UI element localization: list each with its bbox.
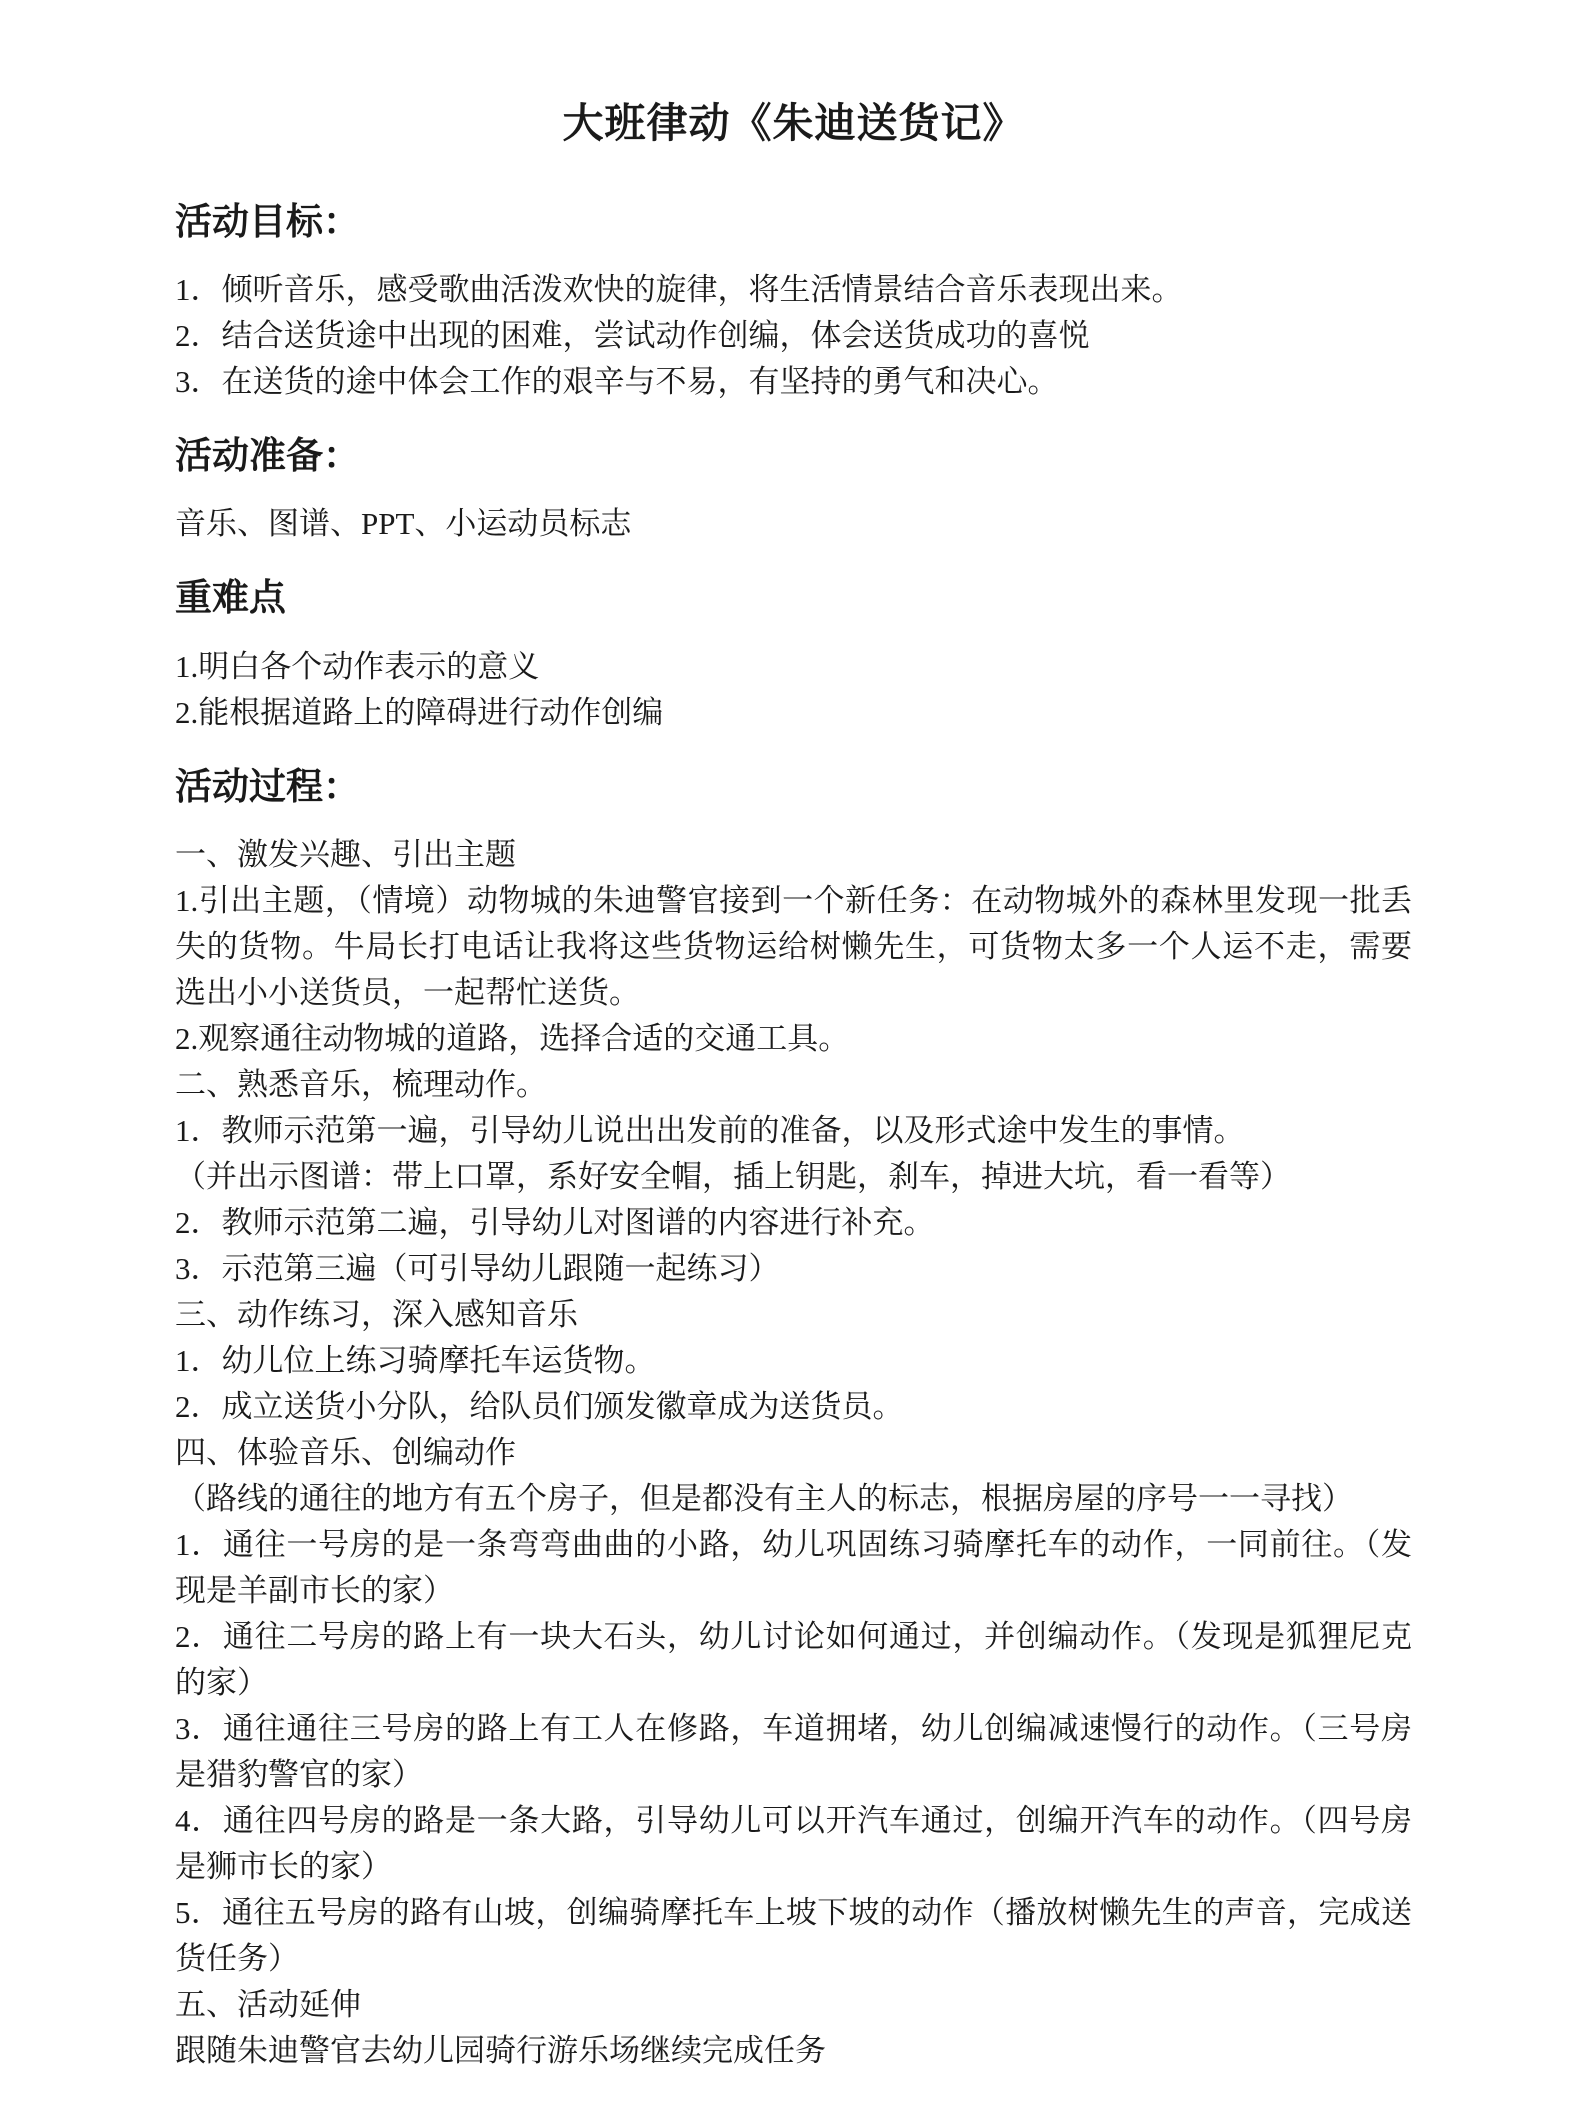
document-page: 大班律动《朱迪送货记》 活动目标： 1．倾听音乐，感受歌曲活泼欢快的旋律，将生活… [0,0,1587,2121]
section-heading-key-difficulties: 重难点 [175,575,1412,623]
paragraph: 三、动作练习，深入感知音乐 [175,1292,1412,1338]
paragraph: 1.引出主题，（情境）动物城的朱迪警官接到一个新任务：在动物城外的森林里发现一批… [175,878,1412,1016]
paragraph: 一、激发兴趣、引出主题 [175,832,1412,878]
paragraph: 跟随朱迪警官去幼儿园骑行游乐场继续完成任务 [175,2028,1412,2074]
paragraph: 2．通往二号房的路上有一块大石头，幼儿讨论如何通过，并创编动作。（发现是狐狸尼克… [175,1614,1412,1706]
section-body-process: 一、激发兴趣、引出主题 1.引出主题，（情境）动物城的朱迪警官接到一个新任务：在… [175,832,1412,2074]
paragraph: 1．倾听音乐，感受歌曲活泼欢快的旋律，将生活情景结合音乐表现出来。 [175,267,1412,313]
section-body-key-difficulties: 1.明白各个动作表示的意义 2.能根据道路上的障碍进行动作创编 [175,644,1412,736]
paragraph: （路线的通往的地方有五个房子，但是都没有主人的标志，根据房屋的序号一一寻找） [175,1476,1412,1522]
paragraph: （并出示图谱：带上口罩，系好安全帽，插上钥匙，刹车，掉进大坑，看一看等） [175,1154,1412,1200]
section-heading-process: 活动过程： [175,764,1412,812]
paragraph: 1．通往一号房的是一条弯弯曲曲的小路，幼儿巩固练习骑摩托车的动作，一同前往。（发… [175,1522,1412,1614]
section-body-goals: 1．倾听音乐，感受歌曲活泼欢快的旋律，将生活情景结合音乐表现出来。 2．结合送货… [175,267,1412,405]
section-activity-preparation: 活动准备： 音乐、图谱、PPT、小运动员标志 [175,433,1412,547]
paragraph: 2.能根据道路上的障碍进行动作创编 [175,690,1412,736]
paragraph: 二、熟悉音乐，梳理动作。 [175,1062,1412,1108]
document-title: 大班律动《朱迪送货记》 [175,98,1412,149]
section-key-difficulties: 重难点 1.明白各个动作表示的意义 2.能根据道路上的障碍进行动作创编 [175,575,1412,735]
section-heading-goals: 活动目标： [175,199,1412,247]
paragraph: 3．通往通往三号房的路上有工人在修路，车道拥堵，幼儿创编减速慢行的动作。（三号房… [175,1706,1412,1798]
paragraph: 五、活动延伸 [175,1982,1412,2028]
paragraph: 5．通往五号房的路有山坡，创编骑摩托车上坡下坡的动作（播放树懒先生的声音，完成送… [175,1890,1412,1982]
paragraph: 3．在送货的途中体会工作的艰辛与不易，有坚持的勇气和决心。 [175,359,1412,405]
paragraph: 2．教师示范第二遍，引导幼儿对图谱的内容进行补充。 [175,1200,1412,1246]
paragraph: 1．幼儿位上练习骑摩托车运货物。 [175,1338,1412,1384]
paragraph: 音乐、图谱、PPT、小运动员标志 [175,501,1412,547]
section-activity-goals: 活动目标： 1．倾听音乐，感受歌曲活泼欢快的旋律，将生活情景结合音乐表现出来。 … [175,199,1412,405]
section-body-preparation: 音乐、图谱、PPT、小运动员标志 [175,501,1412,547]
document-content: 大班律动《朱迪送货记》 活动目标： 1．倾听音乐，感受歌曲活泼欢快的旋律，将生活… [175,0,1412,2074]
section-heading-preparation: 活动准备： [175,433,1412,481]
paragraph: 3．示范第三遍（可引导幼儿跟随一起练习） [175,1246,1412,1292]
paragraph: 1．教师示范第一遍，引导幼儿说出出发前的准备，以及形式途中发生的事情。 [175,1108,1412,1154]
paragraph: 4．通往四号房的路是一条大路，引导幼儿可以开汽车通过，创编开汽车的动作。（四号房… [175,1798,1412,1890]
paragraph: 2．成立送货小分队，给队员们颁发徽章成为送货员。 [175,1384,1412,1430]
section-activity-process: 活动过程： 一、激发兴趣、引出主题 1.引出主题，（情境）动物城的朱迪警官接到一… [175,764,1412,2074]
paragraph: 四、体验音乐、创编动作 [175,1430,1412,1476]
paragraph: 1.明白各个动作表示的意义 [175,644,1412,690]
paragraph: 2.观察通往动物城的道路，选择合适的交通工具。 [175,1016,1412,1062]
paragraph: 2．结合送货途中出现的困难，尝试动作创编，体会送货成功的喜悦 [175,313,1412,359]
